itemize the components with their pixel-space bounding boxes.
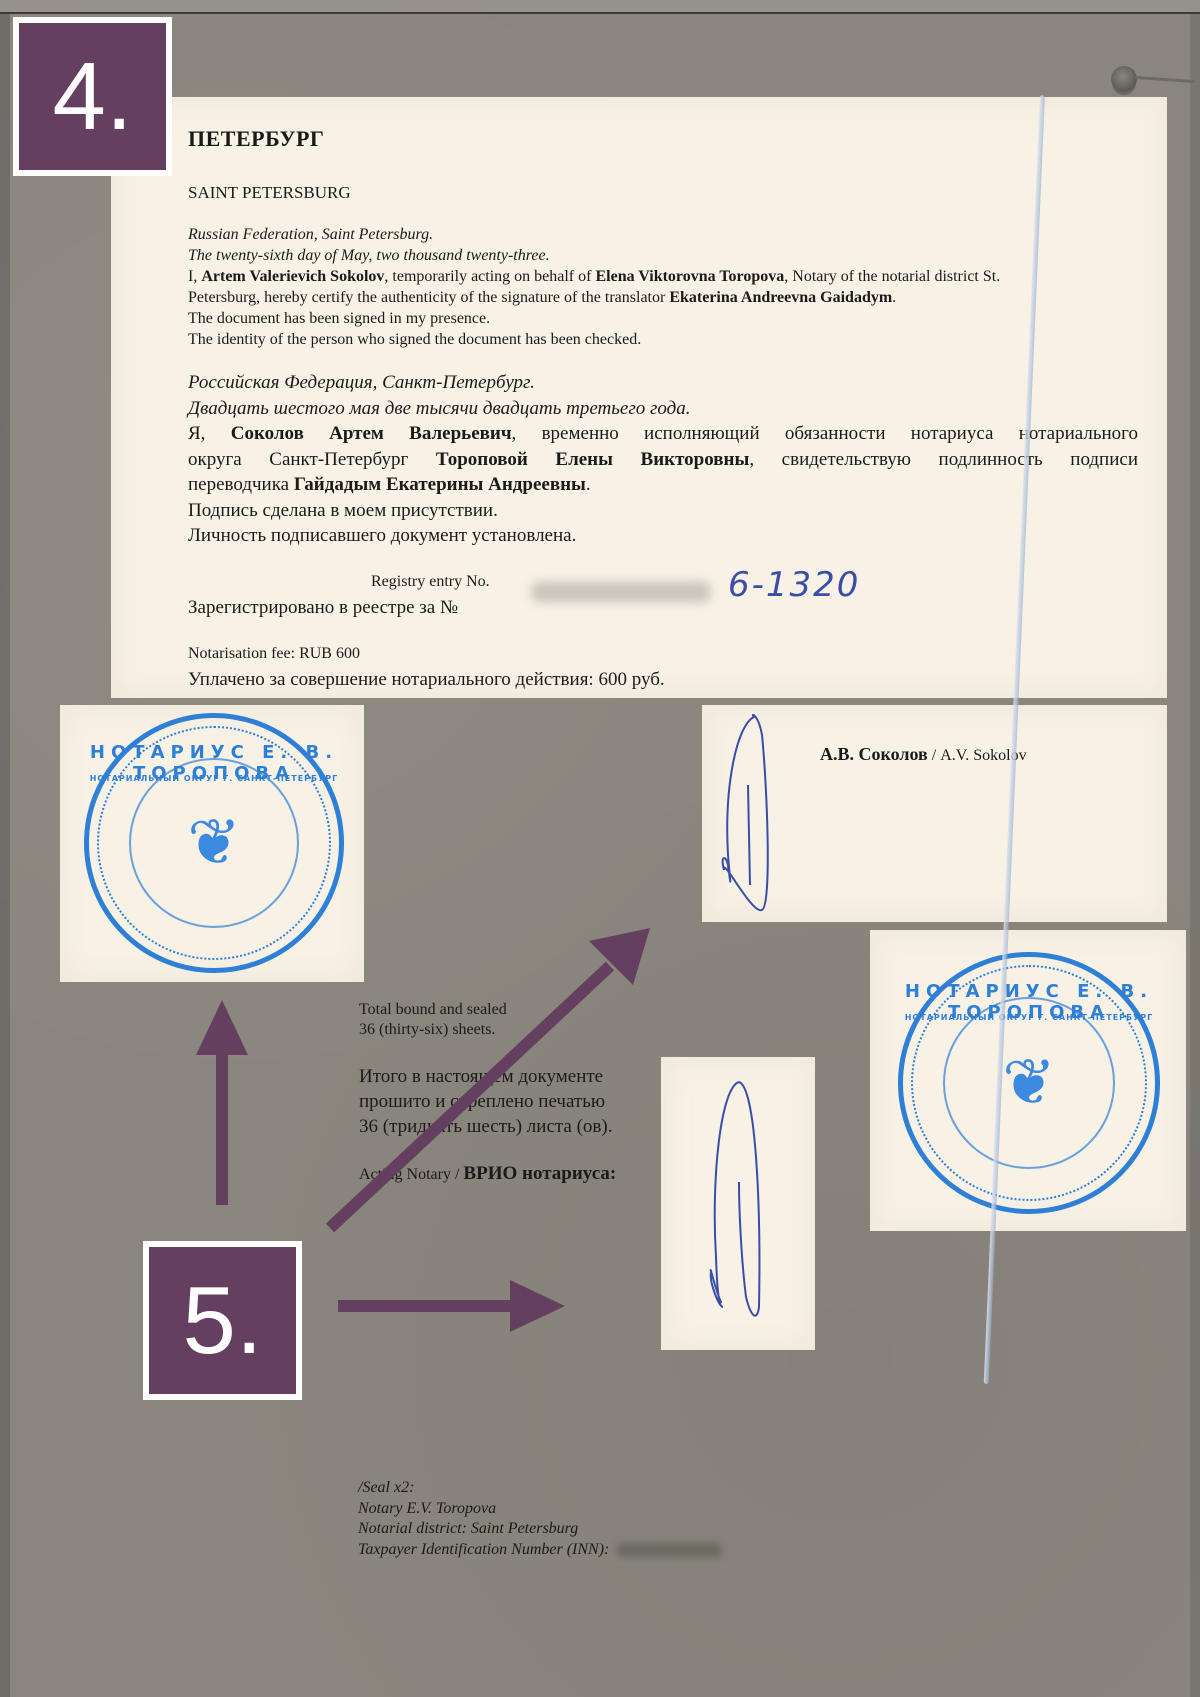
signer-name-ru: А.В. Соколов — [820, 744, 928, 764]
signature-crop-top — [702, 705, 1167, 922]
binding-note-en: Total bound and sealed 36 (thirty-six) s… — [359, 1000, 507, 1040]
english-certification: Russian Federation, Saint Petersburg. Th… — [188, 224, 1138, 350]
russian-certification: Российская Федерация, Санкт-Петербург. Д… — [188, 370, 1138, 549]
identity-checked-ru: Личность подписавшего документ установле… — [188, 523, 1138, 549]
principal-name-ru: Тороповой Елены Викторовны — [436, 449, 749, 470]
seal-crop-left: НОТАРИУС Е. В. ТОРОПОВА НОТАРИАЛЬНЫЙ ОКР… — [60, 705, 364, 982]
seal-crop-right: НОТАРИУС Е. В. ТОРОПОВА НОТАРИАЛЬНЫЙ ОКР… — [870, 930, 1186, 1231]
binding-note-ru: Итого в настоящем документе прошито и ск… — [359, 1064, 612, 1139]
registry-handwritten-number: 6-1320 — [728, 568, 860, 602]
acting-notary-label: Acting Notary / ВРИО нотариуса: — [359, 1164, 616, 1183]
registry-number-redacted — [532, 582, 710, 602]
notary-seal-icon: НОТАРИУС Е. В. ТОРОПОВА НОТАРИАЛЬНЫЙ ОКР… — [898, 952, 1160, 1214]
eagle-emblem-icon: ❦ — [187, 811, 241, 875]
eagle-emblem-icon: ❦ — [1002, 1051, 1056, 1115]
registry-label-ru: Зарегистрировано в реестре за № — [188, 598, 458, 617]
translator-name-ru: Гайдадым Екатерины Андреевны — [294, 474, 586, 495]
step-label-4: 4. — [13, 17, 172, 176]
cert-line-1-ru: Я, Соколов Артем Валерьевич, временно ис… — [188, 421, 1138, 447]
seal-translation-note: /Seal x2: Notary E.V. Toropova Notarial … — [358, 1478, 722, 1560]
fee-label-ru: Уплачено за совершение нотариального дей… — [188, 670, 665, 689]
step-label-5: 5. — [143, 1241, 302, 1400]
notary-name-ru: Соколов Артем Валерьевич — [231, 423, 512, 444]
signer-name: А.В. Соколов / A.V. Sokolov — [820, 745, 1027, 764]
fee-label-en: Notarisation fee: RUB 600 — [188, 646, 360, 662]
principal-name-en: Elena Viktorovna Toropova — [595, 268, 784, 285]
signature-icon — [661, 1057, 815, 1350]
registry-label-en: Registry entry No. — [371, 574, 490, 590]
place-ru: Российская Федерация, Санкт-Петербург. — [188, 370, 1138, 396]
notary-seal-icon: НОТАРИУС Е. В. ТОРОПОВА НОТАРИАЛЬНЫЙ ОКР… — [84, 713, 344, 973]
top-edge — [0, 0, 1200, 14]
signature-icon — [712, 705, 812, 922]
city-heading-en: SAINT PETERSBURG — [188, 184, 351, 201]
cert-line-3-ru: переводчика Гайдадым Екатерины Андреевны… — [188, 472, 1138, 498]
inn-redacted — [617, 1543, 722, 1557]
cert-line-2-en: Petersburg, hereby certify the authentic… — [188, 287, 1138, 308]
place-en: Russian Federation, Saint Petersburg. — [188, 224, 1138, 245]
date-ru: Двадцать шестого мая две тысячи двадцать… — [188, 396, 1138, 422]
signed-presence-ru: Подпись сделана в моем присутствии. — [188, 498, 1138, 524]
cert-line-1-en: I, Artem Valerievich Sokolov, temporaril… — [188, 266, 1138, 287]
notary-name-en: Artem Valerievich Sokolov — [201, 268, 384, 285]
signature-crop-middle — [661, 1057, 815, 1350]
identity-checked-en: The identity of the person who signed th… — [188, 329, 1138, 350]
date-en: The twenty-sixth day of May, two thousan… — [188, 245, 1138, 266]
signed-presence-en: The document has been signed in my prese… — [188, 308, 1138, 329]
grommet-icon — [1111, 66, 1137, 92]
cert-line-2-ru: округа Санкт-Петербург Тороповой Елены В… — [188, 447, 1138, 473]
translator-name-en: Ekaterina Andreevna Gaidadym — [669, 289, 892, 306]
city-heading-ru: ПЕТЕРБУРГ — [188, 128, 324, 150]
